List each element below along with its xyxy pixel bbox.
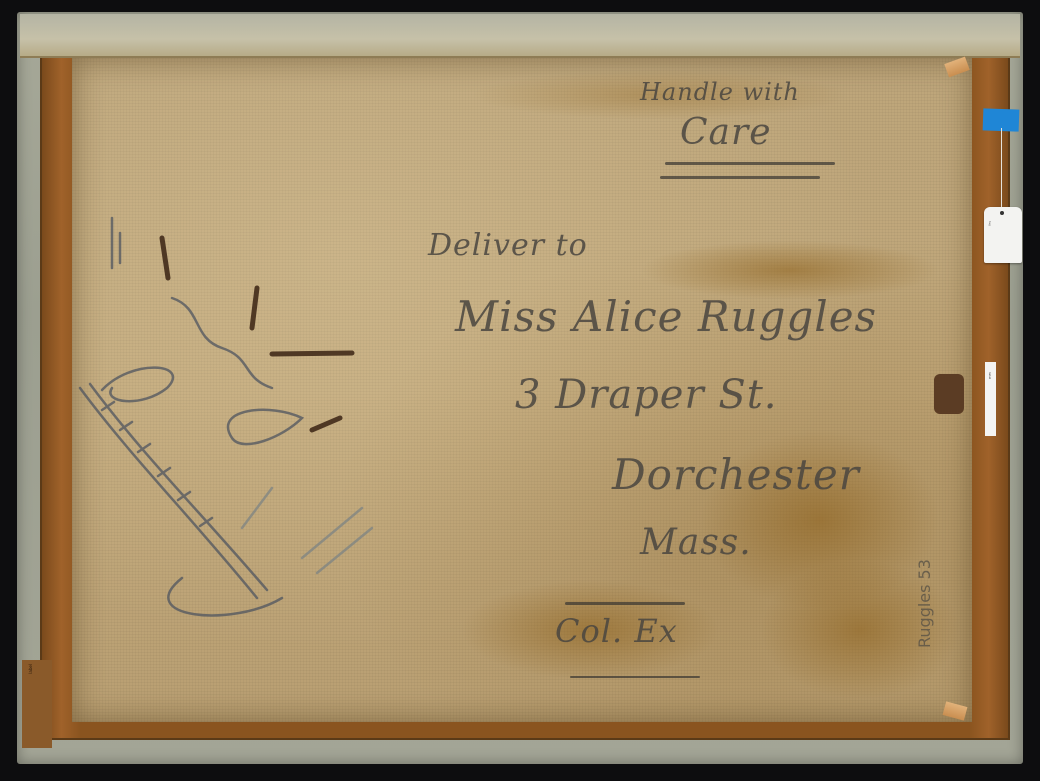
inscription-handle-with: Handle with	[640, 78, 800, 106]
inscription-state: Mass.	[640, 522, 752, 563]
top-fold-strip	[20, 14, 1020, 58]
care-underline	[665, 162, 835, 165]
care-underline	[660, 176, 820, 179]
tag-string	[1001, 128, 1002, 212]
corner-label-text: label	[28, 664, 33, 674]
side-label: label	[985, 362, 996, 436]
inscription-street: 3 Draper St.	[515, 372, 778, 418]
inscription-recipient: Miss Alice Ruggles	[455, 292, 877, 341]
tag-hole-icon	[1000, 211, 1004, 215]
side-label-text: label	[988, 372, 992, 379]
inscription-city: Dorchester	[612, 450, 860, 499]
inscription-deliver-to: Deliver to	[428, 228, 588, 263]
hanging-tag: tag	[984, 207, 1022, 263]
note-underline	[570, 676, 700, 678]
inscription-note: Col. Ex	[555, 612, 678, 650]
note-overline	[565, 602, 685, 605]
tag-text: tag	[988, 221, 992, 226]
inventory-number: Ruggles 53	[915, 559, 934, 648]
inscription-care: Care	[680, 112, 772, 153]
water-stain	[640, 240, 940, 300]
corner-label: label	[22, 660, 52, 748]
brown-patch	[934, 374, 964, 414]
canvas-back-photo: Handle with Care Deliver to Miss Alice R…	[0, 0, 1040, 781]
